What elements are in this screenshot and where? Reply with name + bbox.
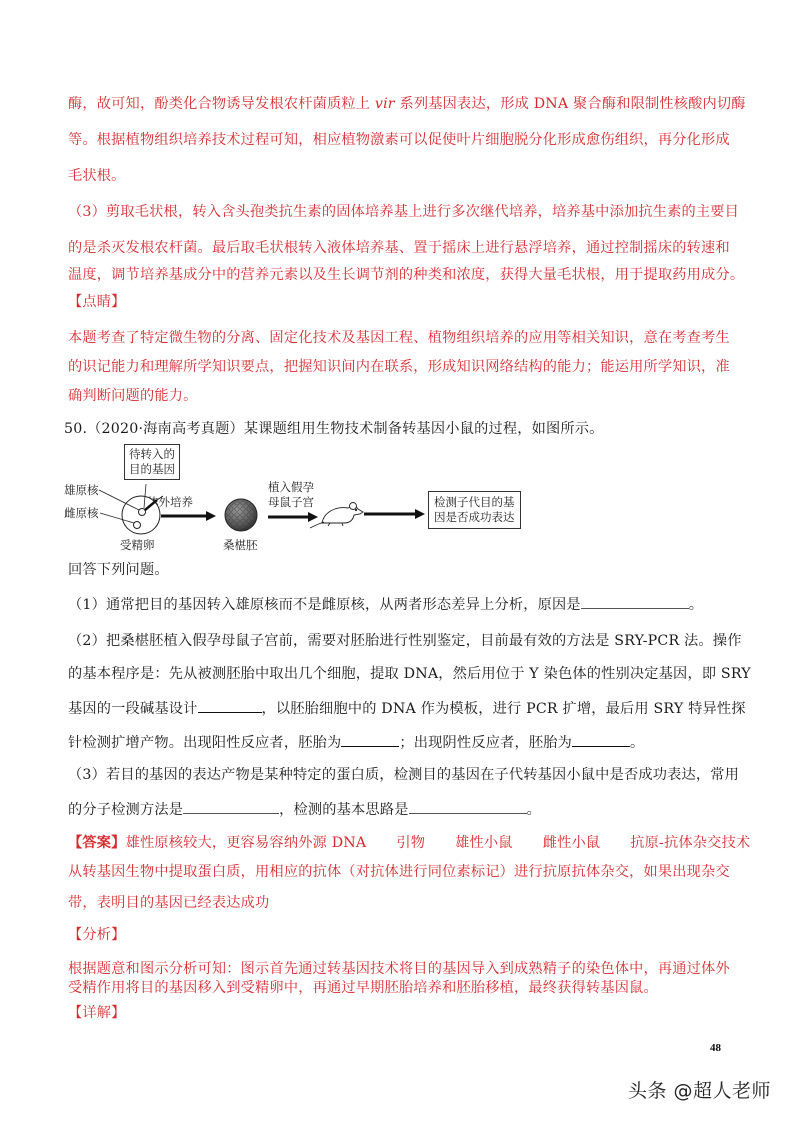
page-number: 48 <box>710 1042 721 1054</box>
dianjing-heading: 【点睛】 <box>68 292 728 312</box>
answer-item: 雄性原核较大，更容易容纳外源 DNA <box>126 835 367 851</box>
transgenic-mouse-diagram: 待转入的 目的基因 雄原核 雌原核 体外培养 受精卵 桑椹胚 植入假孕 母鼠子宫… <box>60 440 540 560</box>
morula-icon <box>225 499 257 531</box>
continuation-line-1: 酶，故可知，酚类化合物诱导发根农杆菌质粒上 vir 系列基因表达，形成 DNA … <box>68 94 728 114</box>
question-2-line-2: 的基本程序是：先从被测胚胎中取出几个细胞，提取 DNA，然后用位于 Y 染色体的… <box>68 664 728 684</box>
q2-line4-b: ；出现阴性反应者，胚胎为 <box>399 735 572 751</box>
diagram-graphics <box>60 440 540 560</box>
analysis-heading: 【分析】 <box>68 925 728 945</box>
watermark: 头条 @超人老师 <box>628 1076 771 1103</box>
question-title: 50.（2020·海南高考真题）某课题组用生物技术制备转基因小鼠的过程，如图所示… <box>64 419 724 439</box>
continuation-line-2: 等。根据植物组织培养技术过程可知，相应植物激素可以促使叶片细胞脱分化形成愈伤组织… <box>68 130 728 150</box>
q2-line4-end: 。 <box>630 735 644 751</box>
mouse-icon <box>310 503 363 529</box>
part3-line-2: 的是杀灭发根农杆菌。最后取毛状根转入液体培养基、置于摇床上进行悬浮培养，通过控制… <box>68 238 728 258</box>
italic-term: vir <box>375 96 395 112</box>
answer-heading: 【答案】 <box>68 835 126 851</box>
text-segment: 系列基因表达，形成 DNA 聚合酶和限制性核酸内切酶 <box>395 96 746 112</box>
dianjing-line-1: 本题考查了特定微生物的分离、固定化技术及基因工程、植物组织培养的应用等相关知识，… <box>68 328 728 348</box>
analysis-line-2: 受精作用将目的基因移入到受精卵中，再通过早期胚胎培养和胚胎移植，最终获得转基因鼠… <box>68 978 728 998</box>
analysis-line-1: 根据题意和图示分析可知：图示首先通过转基因技术将目的基因导入到成熟精子的染色体中… <box>68 959 728 979</box>
arrow-icon <box>268 512 318 522</box>
q3-method-blank[interactable] <box>183 799 279 814</box>
q2-primer-blank[interactable] <box>198 698 262 713</box>
answer-item: 雄性小鼠 <box>455 835 513 851</box>
arrow-icon <box>161 511 216 521</box>
question-prompt: 回答下列问题。 <box>68 560 728 580</box>
fertilized-egg-icon <box>99 484 163 534</box>
dianjing-line-3: 确判断问题的能力。 <box>68 386 728 406</box>
q1-answer-blank[interactable] <box>581 594 689 609</box>
q2-line3-b: ，以胚胎细胞中的 DNA 作为模板，进行 PCR 扩增，最后用 SRY 特异性探 <box>262 701 746 717</box>
q2-line3-a: 基因的一段碱基设计 <box>68 701 198 717</box>
q3-approach-blank[interactable] <box>409 799 527 814</box>
arrow-icon <box>364 509 425 519</box>
answer-item: 引物 <box>396 835 425 851</box>
question-1: （1）通常把目的基因转入雄原核而不是雌原核，从两者形态差异上分析，原因是。 <box>68 594 728 615</box>
dianjing-line-2: 的识记能力和理解所学知识要点，把握知识间内在联系，形成知识网络结构的能力；能运用… <box>68 357 728 377</box>
answer-line-2: 从转基因生物中提取蛋白质，用相应的抗体（对抗体进行同位素标记）进行抗原抗体杂交，… <box>68 862 728 882</box>
continuation-line-3: 毛状根。 <box>68 166 728 186</box>
q3-line2-b: ，检测的基本思路是 <box>279 802 409 818</box>
q3-line2-a: 的分子检测方法是 <box>68 802 183 818</box>
answer-item: 抗原-抗体杂交技术 <box>630 835 750 851</box>
q3-line2-end: 。 <box>527 802 541 818</box>
answer-line-3: 带，表明目的基因已经表达成功 <box>68 893 728 913</box>
q2-negative-blank[interactable] <box>572 732 630 747</box>
text-segment: 酶，故可知，酚类化合物诱导发根农杆菌质粒上 <box>68 96 375 112</box>
part3-line-3: 温度，调节培养基成分中的营养元素以及生长调节剂的种类和浓度，获得大量毛状根，用于… <box>68 265 728 285</box>
answer-line-1: 【答案】雄性原核较大，更容易容纳外源 DNA引物雄性小鼠雌性小鼠抗原-抗体杂交技… <box>68 833 728 853</box>
q2-line4-a: 针检测扩增产物。出现阳性反应者，胚胎为 <box>68 735 341 751</box>
q1-end: 。 <box>689 597 703 613</box>
q1-text: （1）通常把目的基因转入雄原核而不是雌原核，从两者形态差异上分析，原因是 <box>68 597 581 613</box>
answer-item: 雌性小鼠 <box>543 835 601 851</box>
question-2-line-3: 基因的一段碱基设计，以胚胎细胞中的 DNA 作为模板，进行 PCR 扩增，最后用… <box>68 698 728 719</box>
question-3-line-1: （3）若目的基因的表达产物是某种特定的蛋白质，检测目的基因在子代转基因小鼠中是否… <box>68 765 728 785</box>
question-2-line-4: 针检测扩增产物。出现阳性反应者，胚胎为；出现阴性反应者，胚胎为。 <box>68 732 728 753</box>
part3-line-1: （3）剪取毛状根，转入含头孢类抗生素的固体培养基上进行多次继代培养，培养基中添加… <box>68 202 728 222</box>
q2-positive-blank[interactable] <box>341 732 399 747</box>
detail-heading: 【详解】 <box>68 1003 728 1023</box>
question-2-line-1: （2）把桑椹胚植入假孕母鼠子宫前，需要对胚胎进行性别鉴定，目前最有效的方法是 S… <box>68 631 728 651</box>
question-3-line-2: 的分子检测方法是，检测的基本思路是。 <box>68 799 728 820</box>
